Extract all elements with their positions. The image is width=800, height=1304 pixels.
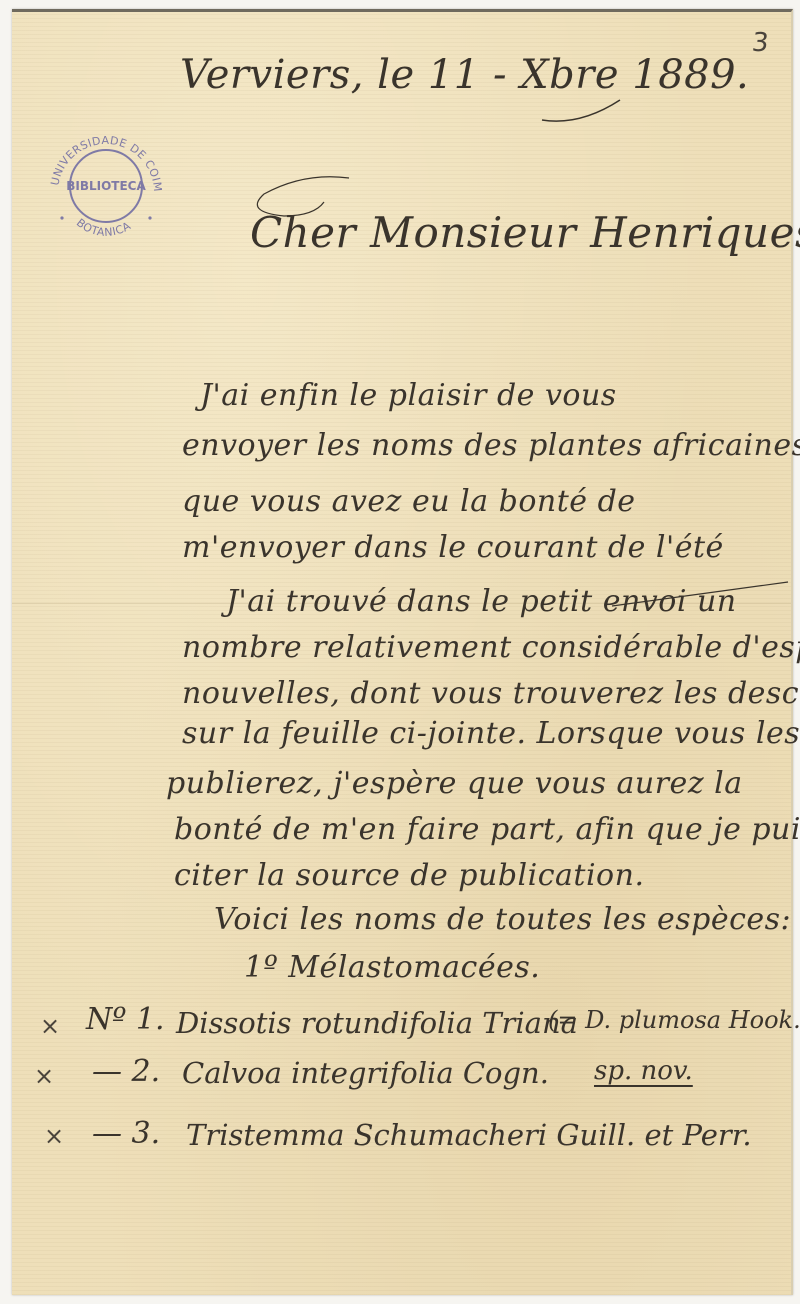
stamp-outer-text-bottom: BOTANICA <box>74 216 133 239</box>
species-number: — 2. <box>92 1054 160 1089</box>
species-note: sp. nov. <box>594 1056 693 1086</box>
cross-mark-icon: × <box>40 1012 60 1040</box>
body-line: nouvelles, dont vous trouverez les descr… <box>182 676 800 711</box>
stamp-center-text: BIBLIOTECA <box>66 179 146 193</box>
date-line: Verviers, le 11 - Xbre 1889. <box>180 52 749 98</box>
library-stamp-icon: UNIVERSIDADE DE COIMBRA BIBLIOTECA BOTAN… <box>42 122 170 250</box>
species-number: — 3. <box>92 1116 160 1151</box>
document-scan: 3 UNIVERSIDADE DE COIMBRA BIBLIOTECA BOT… <box>0 0 800 1304</box>
body-line: m'envoyer dans le courant de l'été <box>182 530 724 565</box>
body-line: publierez, j'espère que vous aurez la <box>166 766 743 801</box>
body-line: sur la feuille ci-jointe. Lorsque vous l… <box>182 716 800 751</box>
svg-text:BOTANICA: BOTANICA <box>74 216 133 239</box>
cross-mark-icon: × <box>34 1062 54 1090</box>
body-line: Voici les noms de toutes les espèces: <box>214 902 791 937</box>
body-line: nombre relativement considérable d'espèc… <box>182 630 800 665</box>
body-line: que vous avez eu la bonté de <box>182 484 636 519</box>
body-line: bonté de m'en faire part, afin que je pu… <box>174 812 800 847</box>
salutation: Cher Monsieur Henriques, <box>250 208 800 257</box>
cross-mark-icon: × <box>44 1122 64 1150</box>
body-line: envoyer les noms des plantes africaines <box>182 428 800 463</box>
species-name: Tristemma Schumacheri Guill. et Perr. <box>186 1118 752 1152</box>
species-name: Dissotis rotundifolia Triana <box>176 1006 578 1040</box>
folio-number: 3 <box>750 28 770 58</box>
body-line: J'ai trouvé dans le petit envoi un <box>226 584 737 619</box>
species-name: Calvoa integrifolia Cogn. <box>182 1056 549 1090</box>
species-note: (= D. plumosa Hook. f.) <box>548 1006 800 1034</box>
body-line: citer la source de publication. <box>174 858 644 893</box>
species-number: Nº 1. <box>86 1002 165 1037</box>
section-heading: 1º Mélastomacées. <box>244 950 540 985</box>
body-line: J'ai enfin le plaisir de vous <box>200 378 617 413</box>
